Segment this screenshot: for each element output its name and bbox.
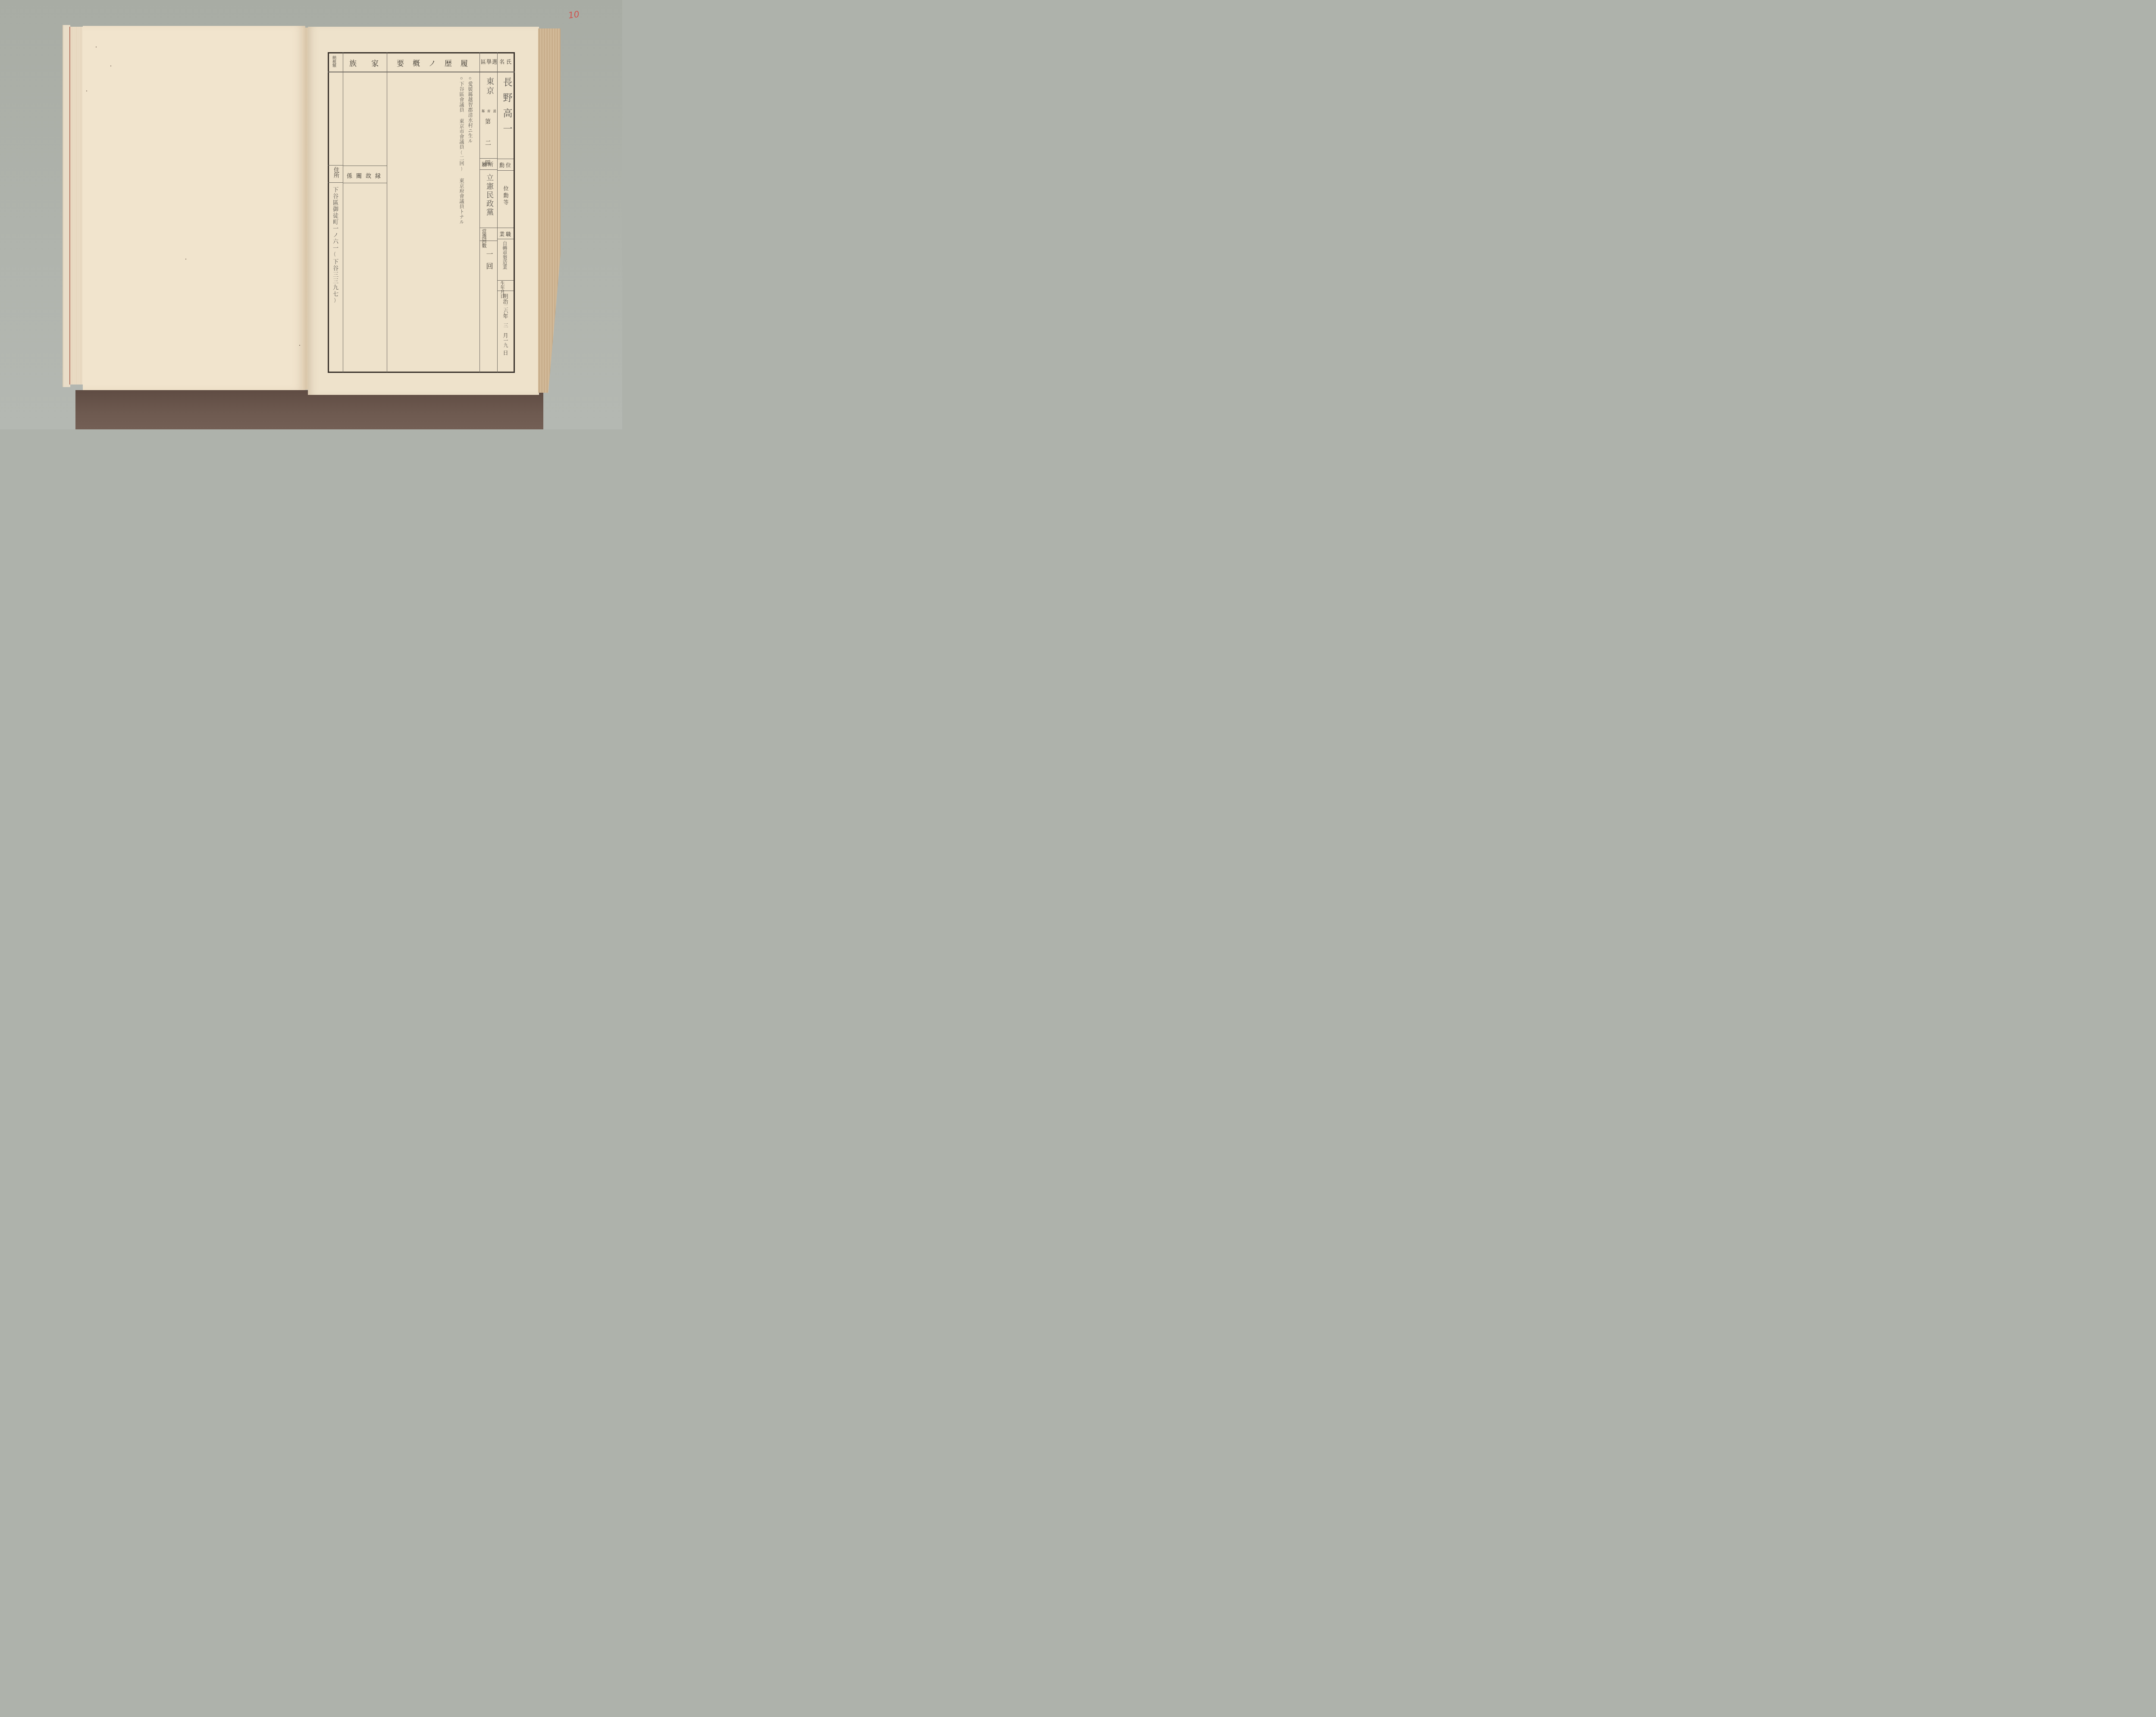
relations-field[interactable] <box>344 184 386 370</box>
left-page-blank <box>83 26 305 390</box>
form-bottom-border <box>328 372 515 373</box>
form-top-border <box>328 52 515 53</box>
address-header-top <box>328 165 343 166</box>
paper-speck <box>299 345 300 346</box>
birth-month: 三 <box>502 323 509 328</box>
member-record-form: 納税額 住所 下谷區御徒町一ノ六一(下谷三三九七) 家族 縁故關係 履歴ノ概要 … <box>328 52 515 372</box>
address-label: 住所 <box>332 167 340 178</box>
times-elected-header-top <box>479 228 497 228</box>
rank-header-bottom <box>497 170 514 171</box>
election-district-label: 選擧區 <box>481 58 498 66</box>
column-divider <box>479 52 480 372</box>
birth-era: 明治 <box>502 294 509 304</box>
times-elected-value[interactable]: 一回 <box>484 250 494 275</box>
column-divider <box>497 52 498 372</box>
district-prefix: 第 <box>485 117 491 125</box>
occupation-label: 職業 <box>499 231 512 238</box>
page-number: 10 <box>567 9 580 20</box>
birth-month-suffix: 月 <box>502 333 509 338</box>
form-left-border <box>328 52 329 372</box>
name-label: 氏名 <box>499 58 513 66</box>
career-summary-label: 履歴ノ概要 <box>397 57 476 68</box>
district-number[interactable]: 二 <box>485 138 491 147</box>
prefecture-suffix-fu: 府 <box>487 109 490 113</box>
column-divider <box>387 52 387 372</box>
birthdate-value[interactable]: 明治 二六 年 三 月 一九 日 <box>502 294 511 355</box>
relations-header-top <box>343 166 387 166</box>
prefecture-suffix-do: 道 <box>493 109 496 113</box>
prefecture-value[interactable]: 東京 <box>484 77 495 96</box>
rank-header-top <box>497 159 514 159</box>
affiliation-header-bottom <box>479 169 497 170</box>
paper-speck <box>185 259 186 260</box>
career-entry-2[interactable]: ○下谷區會議員 東京市會議員(二回) 東京府會議員トナル <box>459 76 464 225</box>
times-elected-label: 當選回數 <box>481 229 487 248</box>
family-field[interactable] <box>344 73 386 164</box>
birth-day: 一九 <box>502 338 509 347</box>
rank-decoration-value[interactable]: 位勳等 <box>502 186 510 206</box>
relations-header-bottom <box>343 183 387 183</box>
affiliation-value[interactable]: 立憲民政黨 <box>484 174 495 217</box>
family-label: 家族 <box>349 57 393 68</box>
address-header-bottom <box>328 182 343 183</box>
occupation-value[interactable]: 自轉車製造業 <box>502 241 508 269</box>
header-divider <box>328 72 515 72</box>
column-divider <box>343 52 343 372</box>
affiliation-label: 所屬 <box>482 161 495 168</box>
tax-amount-label: 納税額 <box>332 56 336 67</box>
occupation-header-bottom <box>497 239 514 239</box>
name-value[interactable]: 長野高一 <box>500 77 514 139</box>
career-entry-1[interactable]: ○愛媛縣越智郡清水村ニ生ル <box>467 76 473 144</box>
birth-day-suffix: 日 <box>502 350 509 355</box>
paper-speck <box>96 47 97 47</box>
form-right-border <box>514 52 515 372</box>
left-page-stack <box>69 27 83 385</box>
occupation-header-top <box>497 228 514 228</box>
birth-year-suffix: 年 <box>502 313 509 319</box>
prefecture-suffix-ken: 縣 <box>482 109 485 113</box>
birth-year: 二六 <box>502 304 509 313</box>
birthdate-header-top <box>497 280 514 281</box>
rank-decoration-label: 位勳 <box>499 162 512 169</box>
paper-speck <box>110 66 111 66</box>
affiliation-header-top <box>479 158 497 159</box>
address-value[interactable]: 下谷區御徒町一ノ六一(下谷三三九七) <box>331 187 338 305</box>
book-shadow <box>75 390 543 429</box>
relations-label: 縁故關係 <box>347 171 385 179</box>
paper-speck <box>86 91 87 91</box>
